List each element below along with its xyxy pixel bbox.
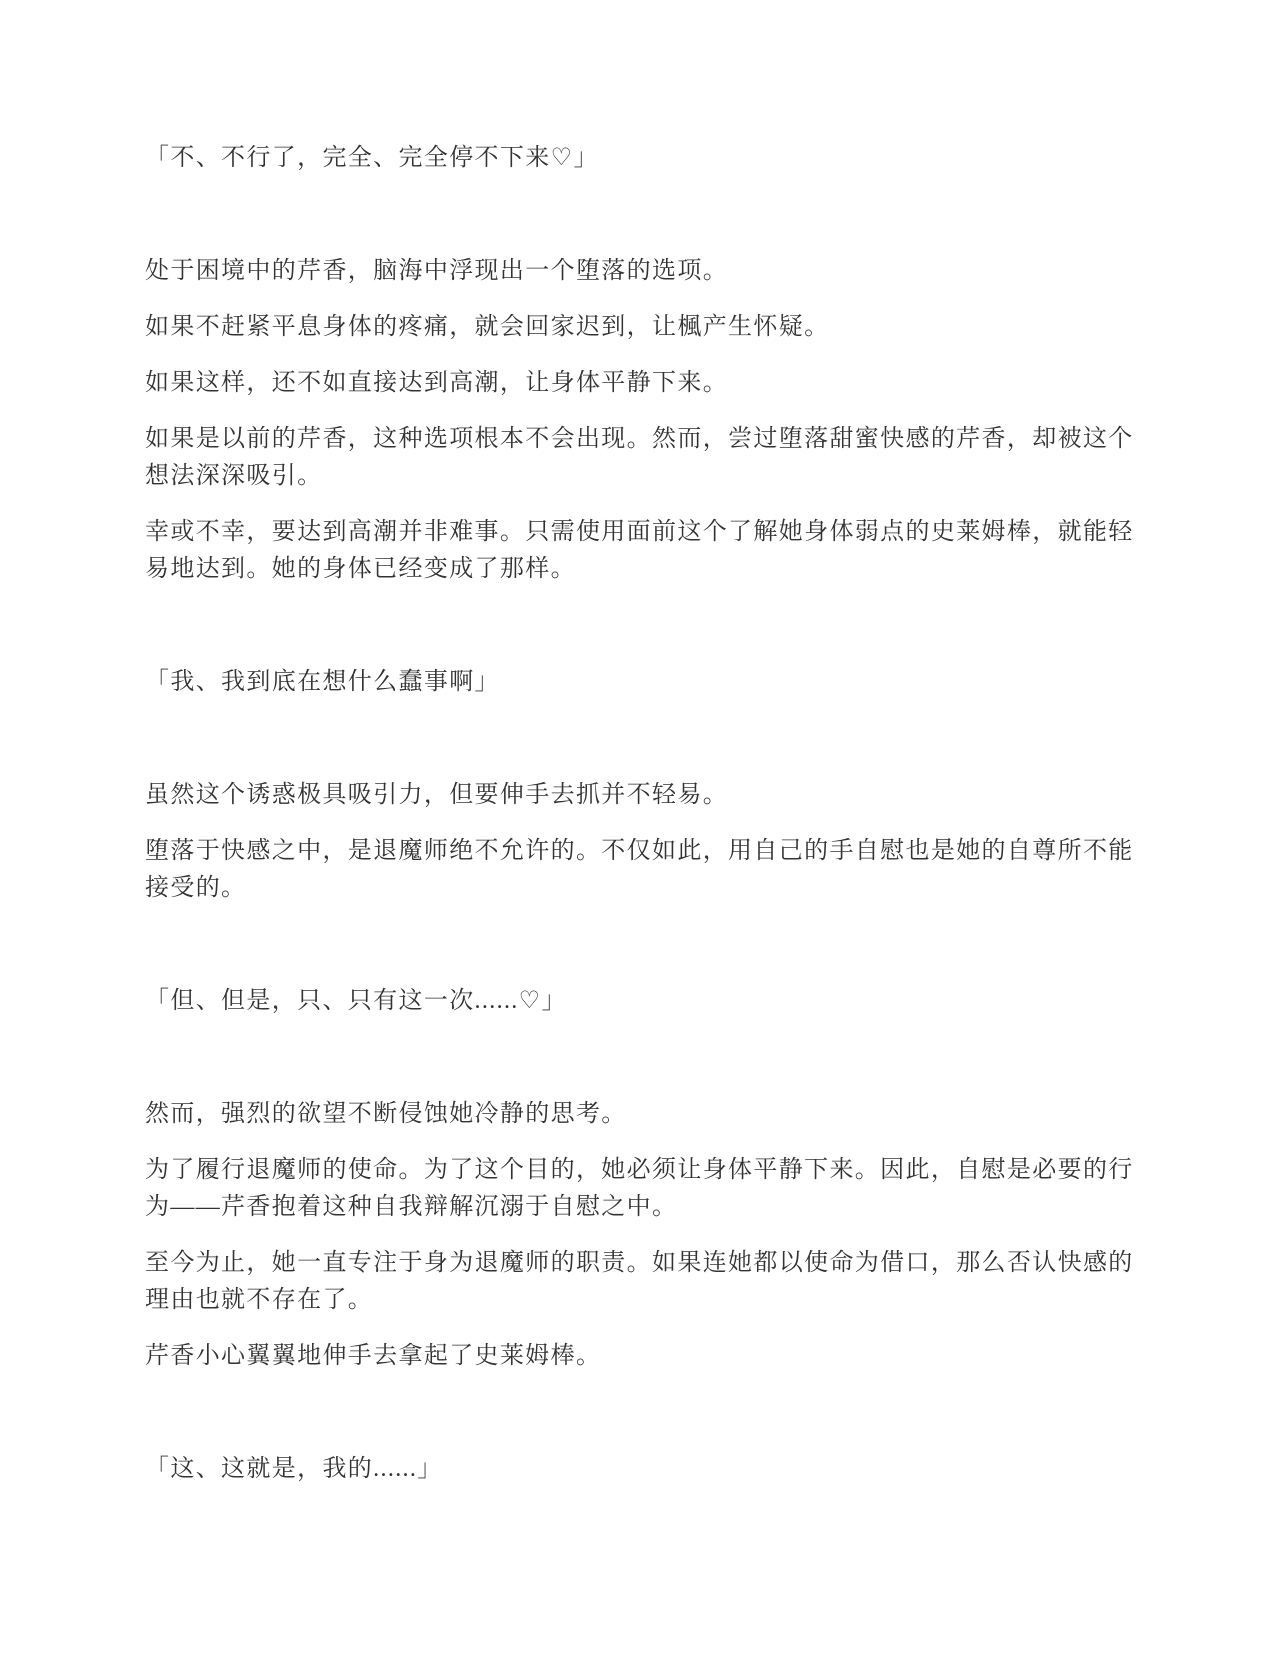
dialogue-line: 「不、不行了，完全、完全停不下来♡」 (145, 140, 1136, 177)
narration-paragraph: 至今为止，她一直专注于身为退魔师的职责。如果连她都以使命为借口，那么否认快感的理… (145, 1245, 1136, 1319)
narration-paragraph: 处于困境中的芹香，脑海中浮现出一个堕落的选项。 (145, 253, 1136, 290)
dialogue-line: 「这、这就是，我的......」 (145, 1451, 1136, 1488)
page-content: 「不、不行了，完全、完全停不下来♡」处于困境中的芹香，脑海中浮现出一个堕落的选项… (145, 140, 1136, 1488)
narration-paragraph: 虽然这个诱惑极具吸引力，但要伸手去抓并不轻易。 (145, 777, 1136, 814)
narration-paragraph: 然而，强烈的欲望不断侵蚀她冷静的思考。 (145, 1096, 1136, 1133)
narration-paragraph: 为了履行退魔师的使命。为了这个目的，她必须让身体平静下来。因此，自慰是必要的行为… (145, 1152, 1136, 1226)
narration-paragraph: 如果这样，还不如直接达到高潮，让身体平静下来。 (145, 365, 1136, 402)
narration-paragraph: 如果是以前的芹香，这种选项根本不会出现。然而，尝过堕落甜蜜快感的芹香，却被这个想… (145, 421, 1136, 495)
document-page: 「不、不行了，完全、完全停不下来♡」处于困境中的芹香，脑海中浮现出一个堕落的选项… (0, 0, 1280, 1656)
narration-paragraph: 芹香小心翼翼地伸手去拿起了史莱姆棒。 (145, 1338, 1136, 1375)
narration-paragraph: 幸或不幸，要达到高潮并非难事。只需使用面前这个了解她身体弱点的史莱姆棒，就能轻易… (145, 514, 1136, 588)
narration-paragraph: 堕落于快感之中，是退魔师绝不允许的。不仅如此，用自己的手自慰也是她的自尊所不能接… (145, 833, 1136, 907)
narration-paragraph: 如果不赶紧平息身体的疼痛，就会回家迟到，让楓产生怀疑。 (145, 309, 1136, 346)
dialogue-line: 「但、但是，只、只有这一次......♡」 (145, 983, 1136, 1020)
dialogue-line: 「我、我到底在想什么蠢事啊」 (145, 664, 1136, 701)
